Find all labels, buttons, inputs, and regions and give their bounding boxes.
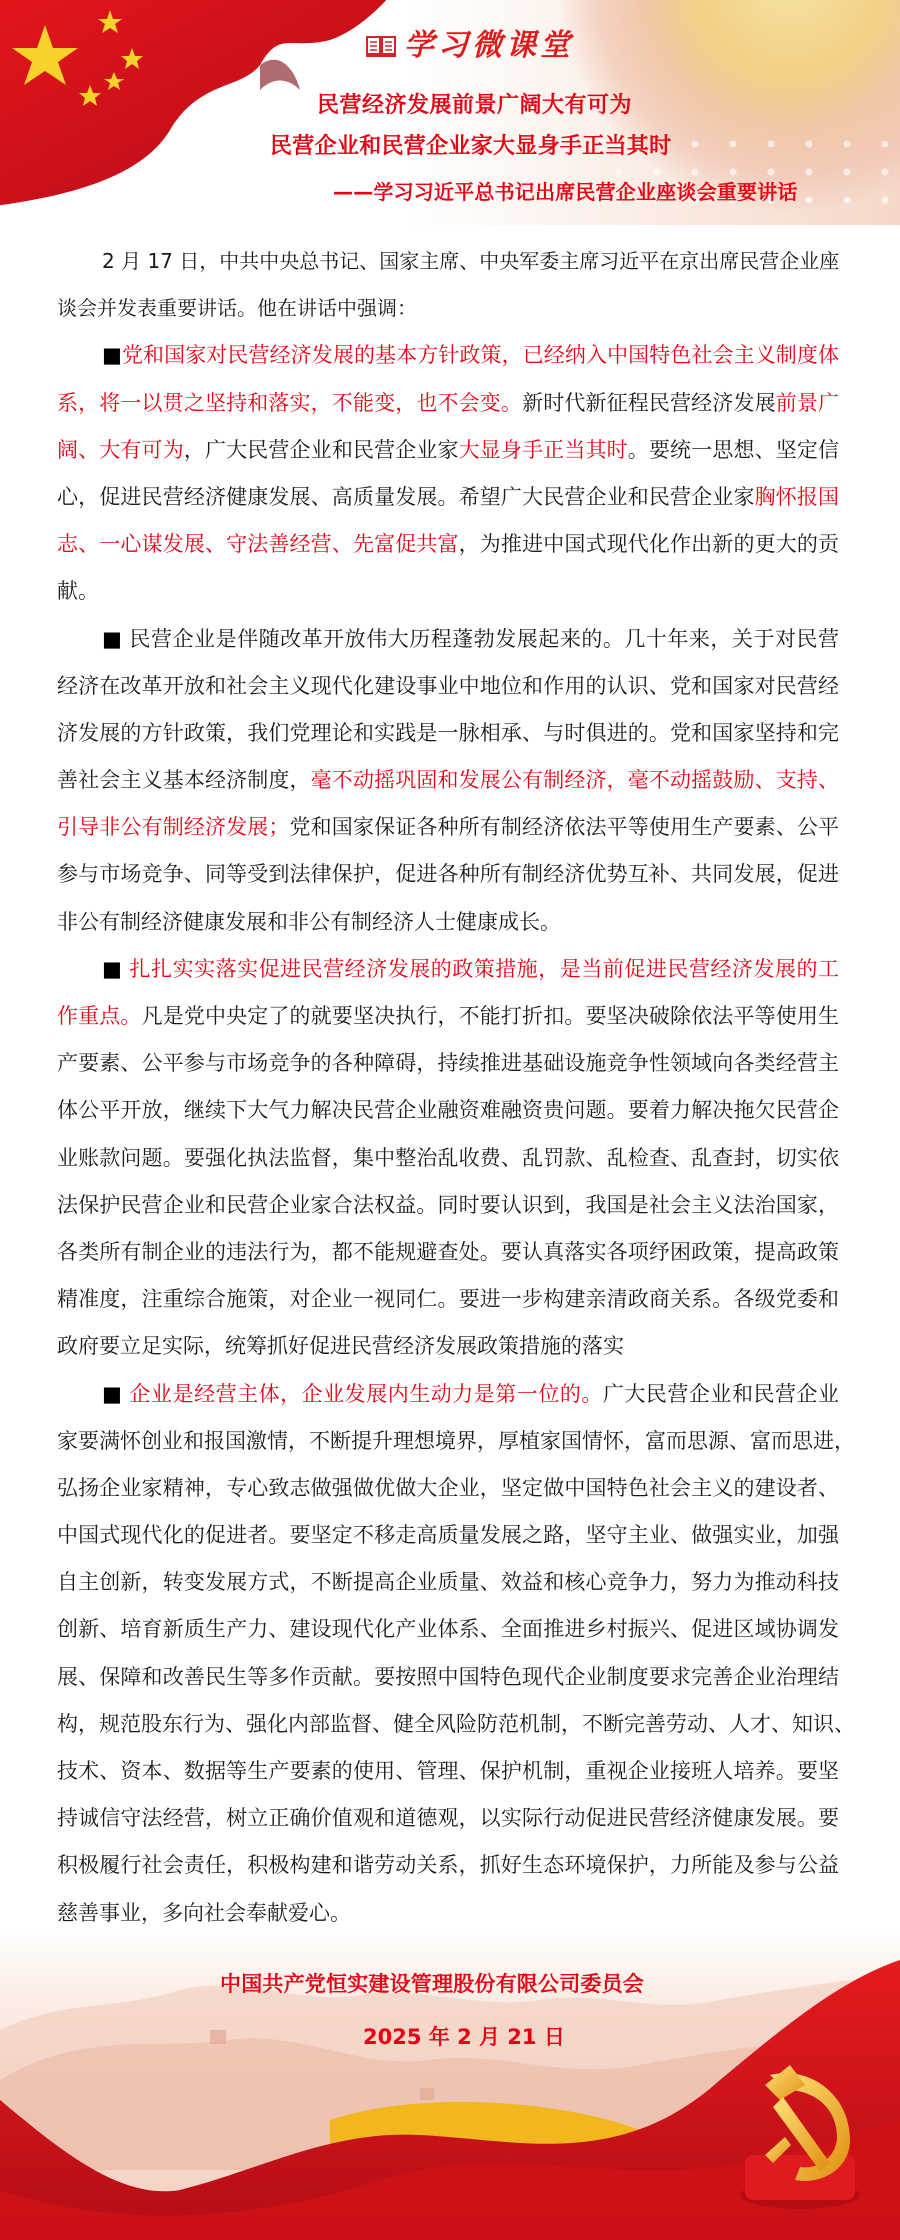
text-run: 构，规范股东行为、强化内部监督、健全风险防范机制，不断完善劳动、人才、知识、 [57,1712,855,1736]
article-line: 产要素、公平参与市场竞争的各种障碍，持续推进基础设施竞争性领域向各类经营主 [57,1040,839,1087]
text-run: 慈善事业，多向社会奉献爱心。 [57,1901,351,1925]
text-run: 弘扬企业家精神，专心致志做强做优做大企业，坚定做中国特色社会主义的建设者、 [57,1476,839,1500]
highlighted-text: 志、一心谋发展、守法善经营、先富促共富 [57,532,459,556]
article-line: ■ 企业是经营主体，企业发展内生动力是第一位的。广大民营企业和民营企业 [57,1371,839,1418]
text-run: 献。 [57,579,99,603]
text-run: 体公平开放，继续下大气力解决民营企业融资难融资贵问题。要着力解决拖欠民营企 [57,1098,839,1122]
article-line: 济发展的方针政策，我们党理论和实践是一脉相承、与时俱进的。党和国家坚持和完 [57,710,839,757]
bullet-square-icon: ■ [102,957,130,981]
logo: 学习微课堂 [366,30,574,62]
article-line: 构，规范股东行为、强化内部监督、健全风险防范机制，不断完善劳动、人才、知识、 [57,1701,839,1748]
article-line: 法保护民营企业和民营企业家合法权益。同时要认识到，我国是社会主义法治国家， [57,1182,839,1229]
article-line: 参与市场竞争、同等受到法律保护，促进各种所有制经济优势互补、共同发展，促进 [57,851,839,898]
article-line: 自主创新，转变发展方式，不断提高企业质量、效益和核心竞争力，努力为推动科技 [57,1559,839,1606]
article-line: 经济在改革开放和社会主义现代化建设事业中地位和作用的认识、党和国家对民营经 [57,663,839,710]
text-run: 谈会并发表重要讲话。他在讲话中强调： [57,296,417,320]
article-line: 作重点。凡是党中央定了的就要坚决执行，不能打折扣。要坚决破除依法平等使用生 [57,993,839,1040]
text-run: ，广大民营企业和民营企业家 [184,438,459,462]
text-run: 持诚信守法经营，树立正确价值观和道德观，以实际行动促进民营经济健康发展。要 [57,1806,839,1830]
highlighted-text: 企业是经营主体，企业发展内生动力是第一位的。 [130,1382,603,1406]
article-line: ■党和国家对民营经济发展的基本方针政策，已经纳入中国特色社会主义制度体 [57,332,839,379]
text-run: 创新、培育新质生产力、建设现代化产业体系、全面推进乡村振兴、促进区域协调发 [57,1617,839,1641]
article-line: 阔、大有可为，广大民营企业和民营企业家大显身手正当其时。要统一思想、坚定信 [57,427,839,474]
highlighted-text: 作重点。 [57,1004,142,1028]
article-line: 非公有制经济健康发展和非公有制经济人士健康成长。 [57,899,839,946]
text-run: 2 月 17 日，中共中央总书记、国家主席、中央军委主席习近平在京出席民营企业座 [102,249,839,273]
article-line: 持诚信守法经营，树立正确价值观和道德观，以实际行动促进民营经济健康发展。要 [57,1795,839,1842]
text-run: 新时代新征程民营经济发展 [522,391,776,415]
highlighted-text: 系，将一以贯之坚持和落实，不能变，也不会变。 [57,391,522,415]
headline-subtitle: ——学习习近平总书记出席民营企业座谈会重要讲话 [333,178,798,206]
footer-banner: 中国共产党恒实建设管理股份有限公司委员会 2025 年 2 月 21 日 [0,1930,900,2240]
article-line: 谈会并发表重要讲话。他在讲话中强调： [57,285,839,332]
text-run: 民营企业是伴随改革开放伟大历程蓬勃发展起来的。几十年来，关于对民营 [130,627,839,651]
signature-date: 2025 年 2 月 21 日 [363,2023,565,2051]
text-run: 精准度，注重综合施策，对企业一视同仁。要进一步构建亲清政商关系。各级党委和 [57,1287,839,1311]
highlighted-text: 引导非公有制经济发展； [57,815,289,839]
article-line: 展、保障和改善民生等多作贡献。要按照中国特色现代企业制度要求完善企业治理结 [57,1654,839,1701]
article-line: 2 月 17 日，中共中央总书记、国家主席、中央军委主席习近平在京出席民营企业座 [57,238,839,285]
text-run: ，为推进中国式现代化作出新的更大的贡 [459,532,839,556]
text-run: 自主创新，转变发展方式，不断提高企业质量、效益和核心竞争力，努力为推动科技 [57,1570,839,1594]
article-line: 志、一心谋发展、守法善经营、先富促共富，为推进中国式现代化作出新的更大的贡 [57,521,839,568]
article-line: 献。 [57,568,839,615]
highlighted-text: 阔、大有可为 [57,438,184,462]
text-run: 产要素、公平参与市场竞争的各种障碍，持续推进基础设施竞争性领域向各类经营主 [57,1051,839,1075]
text-run: 经济在改革开放和社会主义现代化建设事业中地位和作用的认识、党和国家对民营经 [57,674,839,698]
text-run: 积极履行社会责任，积极构建和谐劳动关系，抓好生态环境保护，力所能及参与公益 [57,1853,839,1877]
bullet-square-icon: ■ [102,343,122,367]
article-line: 中国式现代化的促进者。要坚定不移走高质量发展之路，坚守主业、做强实业，加强 [57,1512,839,1559]
text-run: 政府要立足实际，统筹抓好促进民营经济发展政策措施的落实 [57,1334,624,1358]
text-run: 广大民营企业和民营企业 [603,1382,839,1406]
text-run: 家要满怀创业和报国激情，不断提升理想境界，厚植家国情怀，富而思源、富而思进， [57,1429,855,1453]
book-icon [366,34,396,58]
text-run: 法保护民营企业和民营企业家合法权益。同时要认识到，我国是社会主义法治国家， [57,1193,839,1217]
text-run: 业账款问题。要强化执法监督，集中整治乱收费、乱罚款、乱检查、乱查封，切实依 [57,1146,839,1170]
bullet-square-icon: ■ [102,1382,130,1406]
text-run: 凡是党中央定了的就要坚决执行，不能打折扣。要坚决破除依法平等使用生 [142,1004,839,1028]
article-line: 善社会主义基本经济制度，毫不动摇巩固和发展公有制经济，毫不动摇鼓励、支持、 [57,757,839,804]
header-banner: 学习微课堂 民营经济发展前景广阔大有可为 民营企业和民营企业家大显身手正当其时 … [0,0,900,225]
text-run: 非公有制经济健康发展和非公有制经济人士健康成长。 [57,910,561,934]
highlighted-text: 胸怀报国 [755,485,839,509]
article-line: 心，促进民营经济健康发展、高质量发展。希望广大民营企业和民营企业家胸怀报国 [57,474,839,521]
article-line: ■ 民营企业是伴随改革开放伟大历程蓬勃发展起来的。几十年来，关于对民营 [57,616,839,663]
article-line: ■ 扎扎实实落实促进民营经济发展的政策措施，是当前促进民营经济发展的工 [57,946,839,993]
text-run: 党和国家保证各种所有制经济依法平等使用生产要素、公平 [289,815,839,839]
highlighted-text: 前景广 [776,391,839,415]
article-line: 弘扬企业家精神，专心致志做强做优做大企业，坚定做中国特色社会主义的建设者、 [57,1465,839,1512]
party-emblem-icon [725,2045,875,2215]
text-run: 济发展的方针政策，我们党理论和实践是一脉相承、与时俱进的。党和国家坚持和完 [57,721,839,745]
highlighted-text: 毫不动摇巩固和发展公有制经济，毫不动摇鼓励、支持、 [311,768,839,792]
highlighted-text: 大显身手正当其时 [459,438,628,462]
text-run: 展、保障和改善民生等多作贡献。要按照中国特色现代企业制度要求完善企业治理结 [57,1665,839,1689]
article-line: 体公平开放，继续下大气力解决民营企业融资难融资贵问题。要着力解决拖欠民营企 [57,1087,839,1134]
text-run: 中国式现代化的促进者。要坚定不移走高质量发展之路，坚守主业、做强实业，加强 [57,1523,839,1547]
article-line: 积极履行社会责任，积极构建和谐劳动关系，抓好生态环境保护，力所能及参与公益 [57,1842,839,1889]
article-line: 创新、培育新质生产力、建设现代化产业体系、全面推进乡村振兴、促进区域协调发 [57,1606,839,1653]
text-run: 心，促进民营经济健康发展、高质量发展。希望广大民营企业和民营企业家 [57,485,755,509]
text-run: 善社会主义基本经济制度， [57,768,311,792]
article-line: 业账款问题。要强化执法监督，集中整治乱收费、乱罚款、乱检查、乱查封，切实依 [57,1135,839,1182]
highlighted-text: 党和国家对民营经济发展的基本方针政策，已经纳入中国特色社会主义制度体 [122,343,839,367]
highlighted-text: 扎扎实实落实促进民营经济发展的政策措施，是当前促进民营经济发展的工 [130,957,839,981]
article-line: 系，将一以贯之坚持和落实，不能变，也不会变。新时代新征程民营经济发展前景广 [57,380,839,427]
text-run: 各类所有制企业的违法行为，都不能规避查处。要认真落实各项纾困政策，提高政策 [57,1240,839,1264]
article-line: 各类所有制企业的违法行为，都不能规避查处。要认真落实各项纾困政策，提高政策 [57,1229,839,1276]
text-run: 参与市场竞争、同等受到法律保护，促进各种所有制经济优势互补、共同发展，促进 [57,862,839,886]
article-line: 精准度，注重综合施策，对企业一视同仁。要进一步构建亲清政商关系。各级党委和 [57,1276,839,1323]
logo-text: 学习微课堂 [404,30,574,62]
article-body: 2 月 17 日，中共中央总书记、国家主席、中央军委主席习近平在京出席民营企业座… [57,238,839,1937]
bullet-square-icon: ■ [102,627,130,651]
signature-organization: 中国共产党恒实建设管理股份有限公司委员会 [220,1970,644,1998]
article-line: 家要满怀创业和报国激情，不断提升理想境界，厚植家国情怀，富而思源、富而思进， [57,1418,839,1465]
article-line: 政府要立足实际，统筹抓好促进民营经济发展政策措施的落实 [57,1323,839,1370]
article-line: 引导非公有制经济发展；党和国家保证各种所有制经济依法平等使用生产要素、公平 [57,804,839,851]
article-line: 技术、资本、数据等生产要素的使用、管理、保护机制，重视企业接班人培养。要坚 [57,1748,839,1795]
text-run: 。要统一思想、坚定信 [628,438,839,462]
headline-line-1: 民营经济发展前景广阔大有可为 [317,92,632,120]
text-run: 技术、资本、数据等生产要素的使用、管理、保护机制，重视企业接班人培养。要坚 [57,1759,839,1783]
headline-line-2: 民营企业和民营企业家大显身手正当其时 [270,133,671,161]
